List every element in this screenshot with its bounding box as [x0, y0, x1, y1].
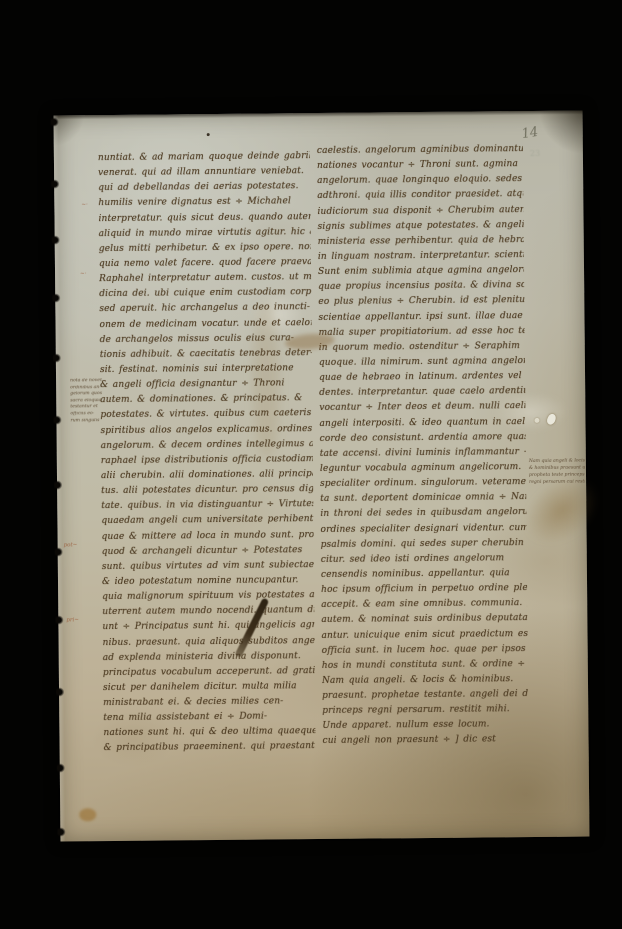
brown-stain-bottom-left	[79, 808, 96, 821]
binding-stitch	[54, 480, 62, 489]
manuscript-page: 14 23 nuntiat. & ad mariam quoque deinde…	[54, 110, 590, 841]
text-line: regni persarum cui restitit	[529, 478, 585, 486]
text-line: autem. & nominat suis ordinibus deputata…	[321, 611, 527, 628]
text-column-left: nuntiat. & ad mariam quoque deinde gabri…	[98, 149, 316, 757]
text-line: nota de novem	[70, 378, 102, 385]
text-column-right: caelestis. angelorum agminibus dominantu…	[317, 142, 529, 750]
binding-stitch	[52, 236, 60, 245]
text-line: iudiciorum sua disponit ÷ Cherubim autem	[317, 203, 523, 220]
text-line: de archangelos missus oculis eius cura-	[100, 331, 312, 348]
text-line: & principatibus praeeminent. qui praesta…	[104, 740, 316, 757]
binding-stitch	[51, 118, 59, 127]
text-line: sed aperuit. hic archangelus a deo inunc…	[99, 300, 311, 317]
text-line: quaedam angeli cum universitate perhiben…	[101, 512, 313, 529]
text-line: malia super propitiatorium. ad esse hoc …	[319, 324, 525, 341]
text-line: scientiae appellantur. ipsi sunt. illae …	[318, 309, 524, 326]
binding-stitch	[55, 615, 63, 624]
margin-mark: ~·	[81, 202, 87, 208]
photo-backdrop: 14 23 nuntiat. & ad mariam quoque deinde…	[0, 0, 622, 929]
parchment-speck	[534, 418, 539, 423]
dark-speck-top	[207, 133, 210, 136]
text-line: nibus. praesunt. quia aliquos subditos a…	[103, 634, 315, 651]
text-line: officia sunt. in lucem hoc. quae per ips…	[322, 642, 528, 659]
binding-stitch	[55, 547, 63, 556]
binding-stitch	[57, 763, 65, 772]
binding-stitch	[56, 687, 64, 696]
text-line: antur. unicuique enim sicut praedictum e…	[321, 627, 527, 644]
text-line: quod & archangeli dicuntur ÷ Potestates	[102, 543, 314, 560]
binding-stitch	[52, 293, 60, 302]
binding-stitch	[57, 827, 65, 836]
text-line: eo plus plenius ÷ Cherubin. id est pleni…	[318, 293, 524, 310]
binding-stitch	[53, 353, 61, 362]
text-line: in throni dei sedes in quibusdam angelor…	[320, 505, 526, 522]
text-line: cui angeli non praesunt ÷ ] dic est	[322, 733, 528, 750]
text-line: rum singulis	[70, 418, 102, 425]
text-line: adthroni. quia illis conditor praesidet.…	[317, 187, 523, 204]
text-line: ordines specialiter designari videntur. …	[320, 521, 526, 538]
text-line: humilis venire dignatus est ÷ Michahel	[98, 195, 310, 212]
text-line: vocantur ÷ Inter deos et deum. nulli cae…	[319, 399, 525, 416]
text-line: quae & mittere ad loca in mundo sunt. pr…	[102, 528, 314, 545]
text-line: ministrabant ei. & decies milies cen-	[103, 694, 315, 711]
text-line: onem de medicinam vocatur. unde et caelo…	[99, 316, 311, 333]
binding-stitch	[53, 415, 61, 424]
text-line: signis sublimes atque potestates. & ange…	[318, 218, 524, 235]
text-line: interpretatur. quis sicut deus. quando a…	[98, 210, 310, 227]
text-line: unt ÷ Principatus sunt hi. qui angelicis…	[102, 618, 314, 635]
margin-mark: ~·	[80, 271, 86, 277]
binding-stitch	[51, 180, 59, 189]
margin-mark: pot~	[64, 542, 78, 548]
margin-mark: pri~	[66, 617, 79, 623]
text-line: angeli interpositi. & ideo quantum in ca…	[319, 415, 525, 432]
text-line: spiritibus alios angelos explicamus. ord…	[100, 422, 312, 439]
folio-number: 14	[521, 125, 540, 142]
right-margin-gloss: Nam quia angeli & locis& hominibus praes…	[529, 457, 585, 486]
left-margin-gloss: nota de novemordinibus an-gelorum quossa…	[70, 378, 102, 424]
parchment-hole	[545, 413, 557, 426]
text-line: ad explenda ministeria divina disponunt.	[103, 649, 315, 666]
text-line: angelorum. & decem ordines intellegimus …	[101, 437, 313, 454]
text-line: corde deo consistunt. ardentia amore qua…	[320, 430, 526, 447]
text-line: potestates. & virtutes. quibus cum caete…	[100, 406, 312, 423]
text-line: princeps regni persarum. restitit mihi.	[322, 702, 528, 719]
text-line: psalmis domini. qui sedes super cherubin…	[321, 536, 527, 553]
faint-pencil-mark: 23	[530, 149, 540, 158]
